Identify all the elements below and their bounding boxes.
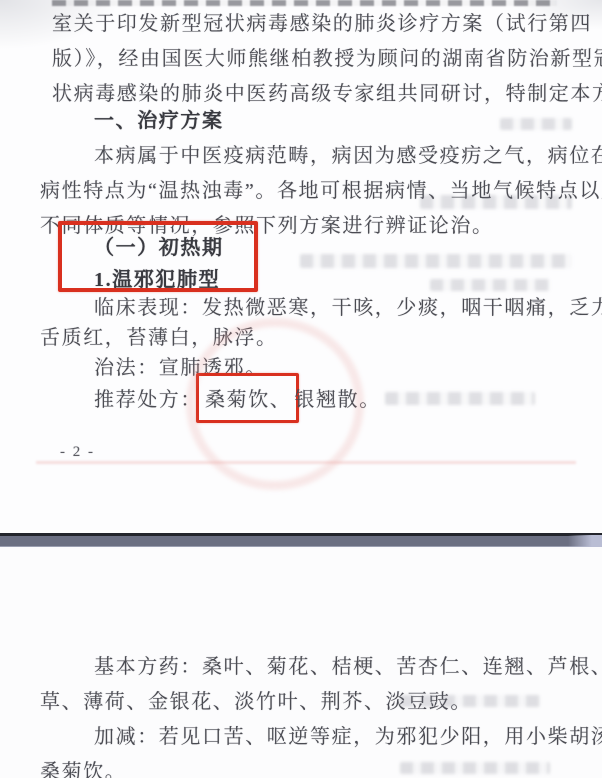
bleedthrough-mark <box>500 118 572 130</box>
page-divider-bar <box>0 532 602 549</box>
doc-line: 版）》，经由国医大师熊继柏教授为顾问的湖南省防治新型冠 <box>52 48 602 70</box>
screenshot-root: { "document_type": "scanned-official-doc… <box>0 0 602 778</box>
doc-line: 状病毒感染的肺炎中医药高级专家组共同研讨，特制定本方案。 <box>52 83 602 105</box>
doc-line: 加减：若见口苦、呕逆等症，为邪犯少阳，用小柴胡汤合 <box>94 726 602 748</box>
scanned-page-1: 室关于印发新型冠状病毒感染的肺炎诊疗方案（试行第四 版）》，经由国医大师熊继柏教… <box>0 0 602 533</box>
doc-line: 病性特点为“温热浊毒”。各地可根据病情、当地气候特点以及 <box>40 180 602 202</box>
divider-end-highlight <box>568 535 602 547</box>
bleedthrough-mark <box>385 392 535 405</box>
bleedthrough-mark <box>430 279 550 291</box>
doc-line: 室关于印发新型冠状病毒感染的肺炎诊疗方案（试行第四 <box>52 13 592 35</box>
red-highlight-box-headings <box>58 221 258 292</box>
doc-line: 本病属于中医疫病范畴，病因为感受疫疠之气，病位在肺， <box>94 145 602 167</box>
doc-line: 舌质红，苔薄白，脉浮。 <box>40 327 278 349</box>
clipped-text-row <box>52 0 557 6</box>
doc-line: 基本方药：桑叶、菊花、桔梗、苦杏仁、连翘、芦根、甘 <box>94 656 602 678</box>
doc-line: 草、薄荷、金银花、淡竹叶、荆芥、淡豆豉。 <box>40 691 472 713</box>
highlighted-prescription-sangju-yin: 桑菊饮、 <box>196 373 299 423</box>
doc-line: 临床表现：发热微恶寒，干咳，少痰，咽干咽痛，乏力。 <box>94 297 602 319</box>
faint-page-edge-line <box>36 461 576 464</box>
bleedthrough-mark <box>300 254 572 268</box>
prescription-suffix: 银翘散。 <box>294 389 380 411</box>
section-heading-treatment-plan: 一、治疗方案 <box>94 110 224 132</box>
prescription-prefix: 推荐处方： <box>94 389 202 411</box>
prescription-line: 推荐处方：桑菊饮、银翘散。 <box>94 389 381 411</box>
doc-line: 桑菊饮。 <box>40 761 126 778</box>
bleedthrough-mark <box>400 762 550 774</box>
scanned-page-2: 基本方药：桑叶、菊花、桔梗、苦杏仁、连翘、芦根、甘 草、薄荷、金银花、淡竹叶、荆… <box>0 549 602 778</box>
page-number: - 2 - <box>60 441 95 463</box>
